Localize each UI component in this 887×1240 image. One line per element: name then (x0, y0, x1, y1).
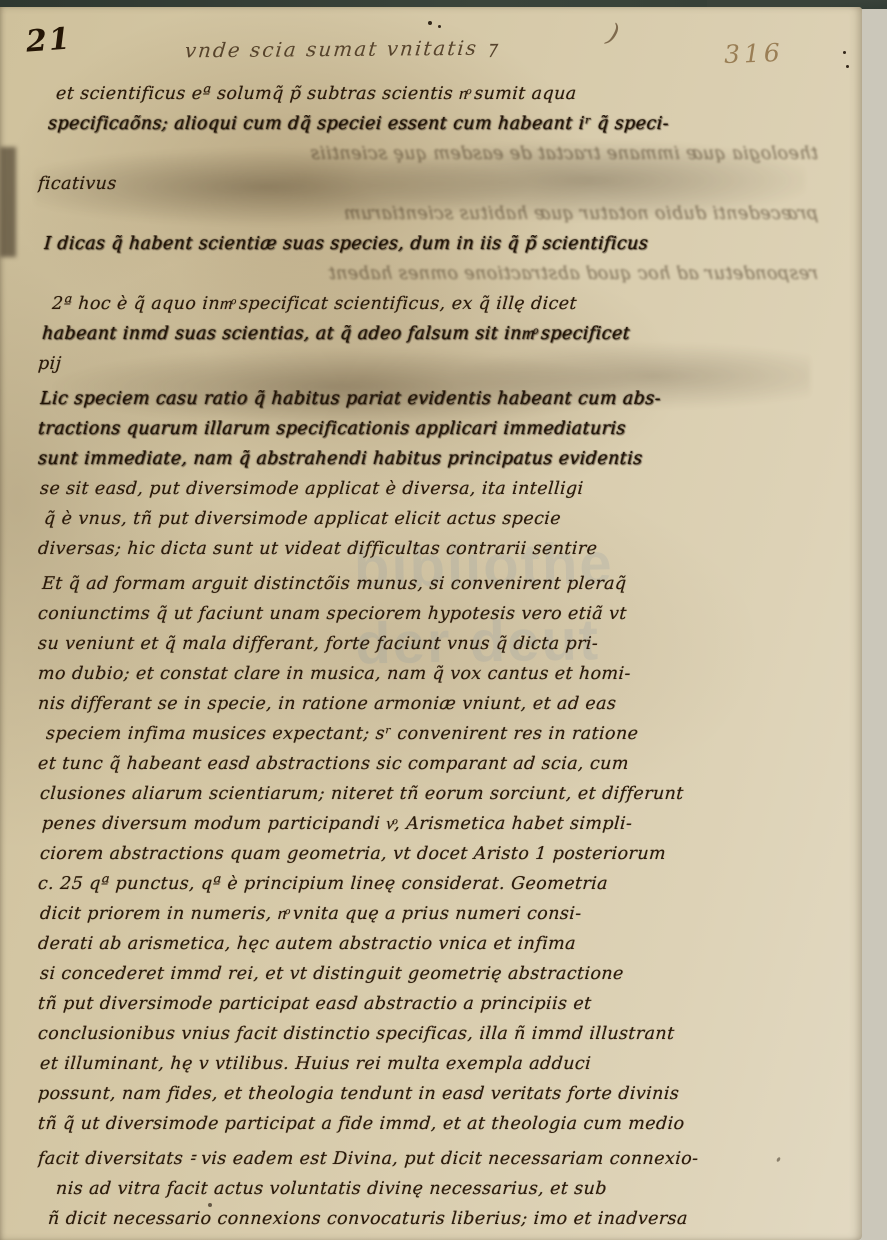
manuscript-line: ficativus (37, 175, 818, 194)
manuscript-line: speciem infima musices expectant; sʳ con… (45, 725, 818, 744)
manuscript-line: facit diversitats ⹀ vis eadem est Divina… (37, 1150, 818, 1169)
ink-dot (846, 65, 849, 68)
folio-number-right: 316 (724, 38, 785, 69)
ink-dot (428, 21, 432, 25)
manuscript-line: possunt, nam fides, et theologia tendunt… (37, 1085, 818, 1104)
pen-flourish-mark: ) (604, 18, 623, 50)
ink-dot (208, 1203, 212, 1207)
manuscript-line: se sit easd, put diversimode applicat è … (39, 480, 818, 499)
manuscript-line: Lic speciem casu ratio q̃ habitus pariat… (39, 390, 818, 409)
manuscript-line: diversas; hic dicta sunt ut videat diffi… (37, 540, 818, 559)
folio-number-left: 21 (25, 21, 73, 59)
manuscript-page: bibliothe der deut 21 316 vnde scia suma… (0, 7, 862, 1240)
manuscript-line: derati ab arismetica, hęc autem abstract… (37, 935, 818, 954)
manuscript-line: sunt immediate, nam q̃ abstrahendi habit… (37, 450, 818, 469)
ink-dot (305, 1185, 308, 1188)
manuscript-line: ciorem abstractions quam geometria, vt d… (39, 845, 818, 864)
manuscript-line: clusiones aliarum scientiarum; niteret t… (39, 785, 818, 804)
bleed-through-line: præcedenti dubio notatur quæ habitus sci… (97, 205, 818, 224)
manuscript-line: mo dubio; et constat clare in musica, na… (37, 665, 818, 684)
manuscript-line: tñ q̃ ut diversimode participat a fide i… (37, 1115, 818, 1134)
manuscript-line: tractions quarum illarum specificationis… (37, 420, 818, 439)
manuscript-line: 2ª hoc è q̃ aquo inmͦ specificat scienti… (51, 295, 818, 314)
ink-dot (843, 51, 846, 54)
manuscript-line: et tunc q̃ habeant easd abstractions sic… (37, 755, 818, 774)
manuscript-line: et scientificus eª solumq̃ p̃ subtras sc… (55, 85, 818, 104)
manuscript-line: tñ put diversimode participat easd abstr… (37, 995, 818, 1014)
manuscript-line: conclusionibus vnius facit distinctio sp… (37, 1025, 818, 1044)
manuscript-line: si concederet immd rei, et vt distinguit… (39, 965, 818, 984)
edge-ink-smear (0, 147, 16, 257)
running-header: vnde scia sumat vnitatis ⁊ (184, 36, 500, 63)
manuscript-line: I dicas q̃ habent scientiæ suas species,… (43, 235, 818, 254)
bleed-through-line: respondetur ad hoc quod abstractione omn… (67, 265, 818, 284)
manuscript-line: penes diversum modum participandi vͦ, Ar… (41, 815, 818, 834)
manuscript-line: coniunctims q̃ ut faciunt unam speciorem… (37, 605, 818, 624)
manuscript-line: Et q̃ ad formam arguit distinctõis munus… (41, 575, 818, 594)
manuscript-line: et illuminant, hę v vtilibus. Huius rei … (39, 1055, 818, 1074)
bleed-through-line: theologia quæ immane tractat de easdem q… (77, 145, 818, 164)
manuscript-line: dicit priorem in numeris, nͦ vnita quę a… (39, 905, 818, 924)
manuscript-line: nis differant se in specie, in ratione a… (37, 695, 818, 714)
manuscript-line: ñ dicit necessario connexions convocatur… (47, 1210, 818, 1229)
manuscript-line: specificaõns; alioqui cum dq̃ speciei es… (47, 115, 818, 134)
manuscript-line: q̃ è vnus, tñ put diversimode applicat e… (43, 510, 818, 529)
manuscript-line: nis ad vitra facit actus voluntatis divi… (55, 1180, 818, 1199)
ink-dot (438, 25, 441, 28)
manuscript-scan: bibliothe der deut 21 316 vnde scia suma… (0, 0, 887, 1240)
manuscript-text-block: et scientificus eª solumq̃ p̃ subtras sc… (38, 85, 818, 1240)
manuscript-line: su veniunt et q̃ mala differant, forte f… (37, 635, 818, 654)
manuscript-line: pij (37, 355, 818, 374)
manuscript-line: c. 25 qª punctus, qª è principium lineę … (37, 875, 818, 894)
manuscript-line: habeant inmd suas scientias, at q̃ adeo … (41, 325, 818, 344)
